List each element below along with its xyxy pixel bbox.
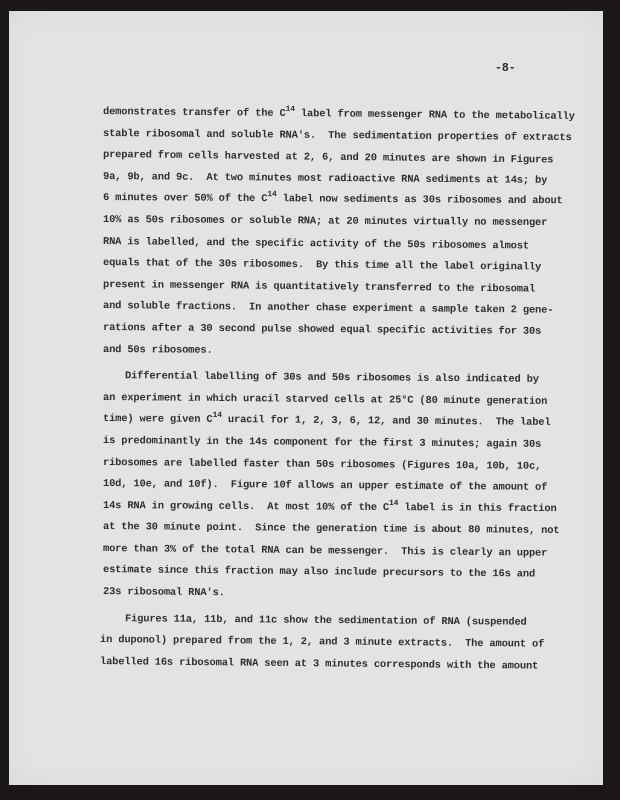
- body-text: demonstrates transfer of the C14 label f…: [103, 102, 543, 673]
- page-number: -8-: [495, 62, 516, 75]
- paragraph-3: Figures 11a, 11b, and 11c show the sedim…: [103, 609, 543, 674]
- superscript: 14: [267, 191, 276, 200]
- text-line: labelled 16s ribosomal RNA seen at 3 min…: [100, 652, 543, 678]
- text-line: is predominantly in the 14s component fo…: [103, 431, 543, 456]
- superscript: 14: [389, 499, 398, 508]
- text-line: 6 minutes over 50% of the C14 label now …: [103, 188, 543, 213]
- text-line: 10% as 50s ribosomes or soluble RNA; at …: [103, 210, 543, 235]
- paragraph-2: Differential labelling of 30s and 50s ri…: [103, 366, 543, 604]
- document-page: -8- demonstrates transfer of the C14 lab…: [9, 11, 603, 785]
- paragraph-1: demonstrates transfer of the C14 label f…: [103, 102, 543, 361]
- superscript: 14: [213, 411, 222, 420]
- superscript: 14: [286, 105, 295, 114]
- text-line: and 50s ribosomes.: [103, 340, 543, 365]
